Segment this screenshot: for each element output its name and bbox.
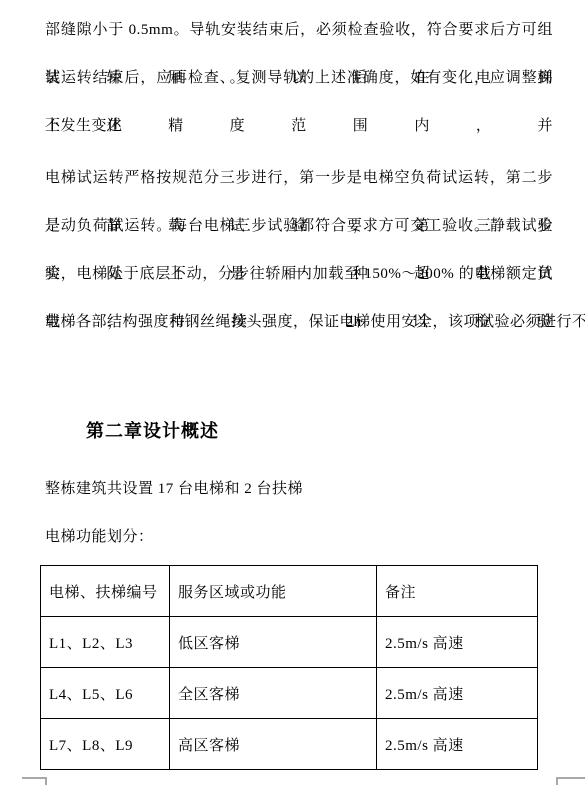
text-line: 是动负荷试运转。每台电梯三步试验都符合要求方可交工验收。静载试验实际上是一种超载… <box>45 202 553 250</box>
table-cell-elevator-number: L1、L2、L3 <box>41 617 170 668</box>
text-line: 试运转结束后，应再检查、复测导轨的上述准确度，如有变化，应调整到上述精度范围内，… <box>45 54 553 102</box>
text-line: 电梯各部结构强度和钢丝绳接头强度，保证电梯使用安全，该项试验必须进行不得省略 <box>45 298 553 346</box>
table-header-cell: 备注 <box>377 566 538 617</box>
paragraph-guide-rail: 部缝隙小于 0.5mm。导轨安装结束后，必须检查验收，符合要求后方可组装轿厢。以… <box>45 6 553 150</box>
elevator-table: 电梯、扶梯编号 服务区域或功能 备注 L1、L2、L3 低区客梯 2.5m/s … <box>40 565 538 770</box>
table-cell-service-area: 高区客梯 <box>170 719 377 770</box>
table-cell-elevator-number: L7、L8、L9 <box>41 719 170 770</box>
paragraph-test-run: 电梯试运转严格按规范分三步进行，第一步是电梯空负荷试运转，第二步是静载试验，第三… <box>45 154 553 346</box>
text-column: 部缝隙小于 0.5mm。导轨安装结束后，必须检查验收，符合要求后方可组装轿厢。以… <box>45 6 553 770</box>
table-row: L4、L5、L6 全区客梯 2.5m/s 高速 <box>41 668 538 719</box>
table-cell-service-area: 全区客梯 <box>170 668 377 719</box>
text-line: 电梯试运转严格按规范分三步进行，第一步是电梯空负荷试运转，第二步是静载试验，第三… <box>45 154 553 202</box>
table-cell-remark: 2.5m/s 高速 <box>377 617 538 668</box>
text-line: 部缝隙小于 0.5mm。导轨安装结束后，必须检查验收，符合要求后方可组装轿厢。以… <box>45 6 553 54</box>
document-page: 部缝隙小于 0.5mm。导轨安装结束后，必须检查验收，符合要求后方可组装轿厢。以… <box>0 0 585 785</box>
intro-line-function-division: 电梯功能划分： <box>45 513 553 561</box>
margin-crop-mark-left <box>22 777 47 785</box>
table-cell-service-area: 低区客梯 <box>170 617 377 668</box>
table-header-row: 电梯、扶梯编号 服务区域或功能 备注 <box>41 566 538 617</box>
chapter-heading: 第二章设计概述 <box>45 407 553 455</box>
intro-line-building-summary: 整栋建筑共设置 17 台电梯和 2 台扶梯 <box>45 465 553 513</box>
table-header-cell: 电梯、扶梯编号 <box>41 566 170 617</box>
table-cell-remark: 2.5m/s 高速 <box>377 719 538 770</box>
table-row: L7、L8、L9 高区客梯 2.5m/s 高速 <box>41 719 538 770</box>
table-cell-remark: 2.5m/s 高速 <box>377 668 538 719</box>
margin-crop-mark-right <box>556 777 585 785</box>
table-cell-elevator-number: L4、L5、L6 <box>41 668 170 719</box>
text-line: 验，电梯处于底层不动，分步往轿厢内加载至 150%～200% 的电梯额定负载，持… <box>45 250 553 298</box>
table-row: L1、L2、L3 低区客梯 2.5m/s 高速 <box>41 617 538 668</box>
table-header-cell: 服务区域或功能 <box>170 566 377 617</box>
